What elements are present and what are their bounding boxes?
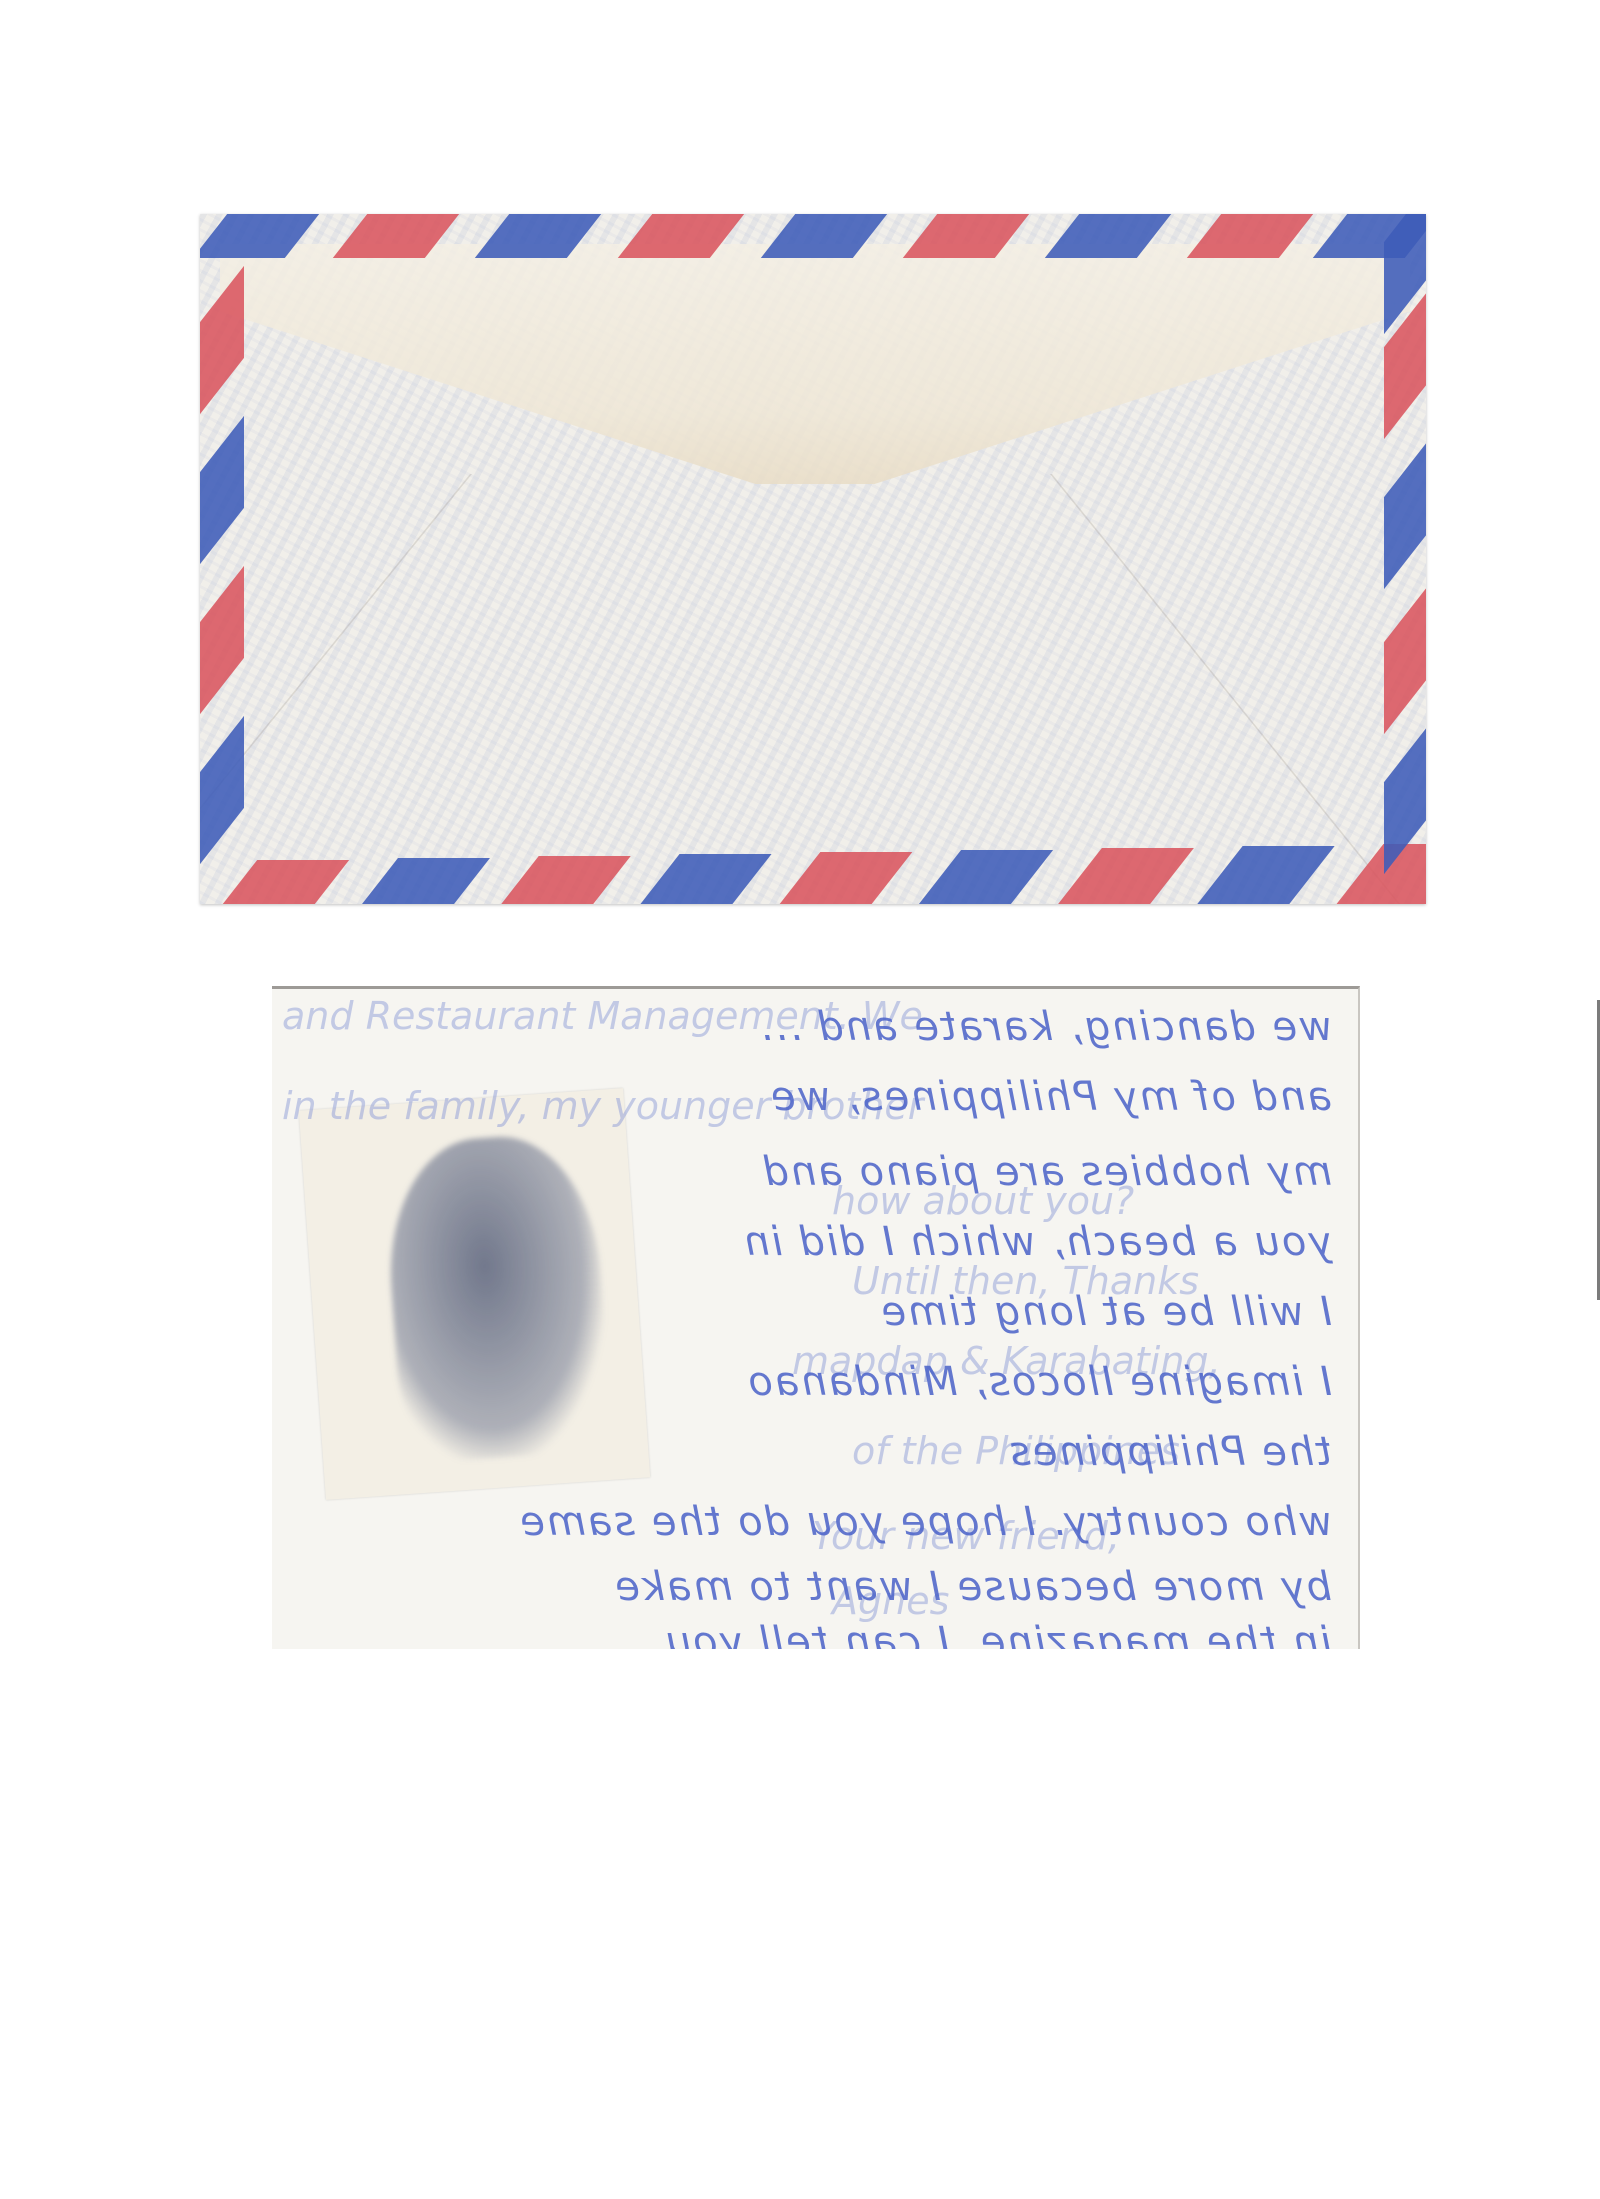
mirrored-text-line: I will be at long time: [272, 1289, 1332, 1335]
handwritten-letter: and Restaurant Management. We in the fam…: [272, 986, 1360, 1649]
mirrored-text-line: by more because I want to make: [272, 1564, 1332, 1610]
mirrored-text-line: my hobbies are piano and: [272, 1149, 1332, 1195]
mirrored-text-line: and of my Philippines, we: [272, 1074, 1332, 1120]
mirrored-text-line: who country. I hope you do the same: [272, 1499, 1332, 1545]
mirrored-text-line: you a beach, which I did in: [272, 1219, 1332, 1265]
mirrored-text-line: the Philippines: [272, 1429, 1332, 1475]
mirrored-text-line: I imagine Ilocos, Mindanao: [272, 1359, 1332, 1405]
airmail-envelope: [200, 214, 1426, 904]
mirrored-text-line: we dancing, karate and ...: [272, 1004, 1332, 1050]
mirrored-text-line: in the magazine, I can tell you: [272, 1619, 1332, 1649]
